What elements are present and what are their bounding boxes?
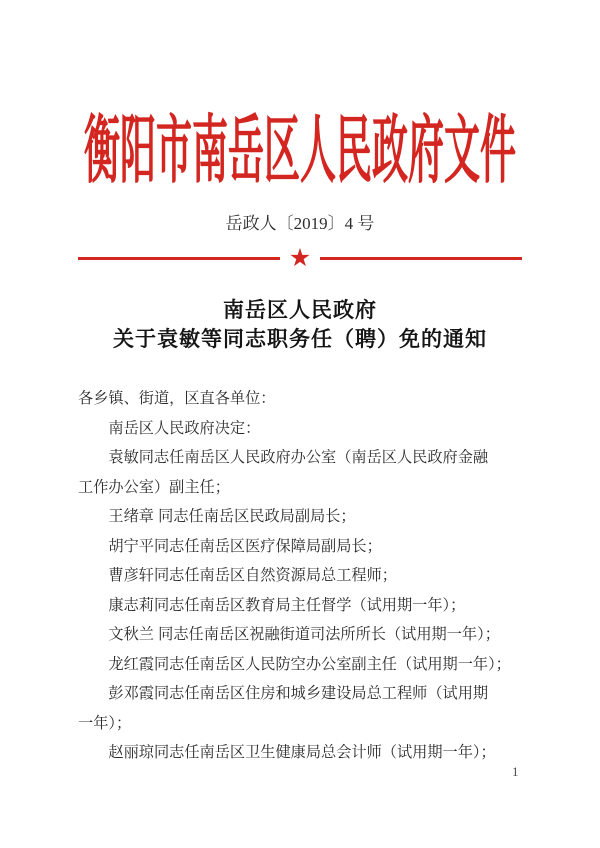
notice-paragraph: 龙红霞同志任南岳区人民防空办公室副主任（试用期一年）；	[78, 650, 526, 680]
letterhead: 衡阳市南岳区人民政府文件	[0, 129, 600, 173]
notice-paragraph: 曹彦轩同志任南岳区自然资源局总工程师；	[78, 561, 526, 591]
notice-paragraph: 文秋兰 同志任南岳区祝融街道司法所所长（试用期一年）；	[78, 620, 526, 650]
notice-paragraph: 赵丽琼同志任南岳区卫生健康局总会计师（试用期一年）；	[78, 738, 526, 768]
notice-paragraph: 袁敏同志任南岳区人民政府办公室（南岳区人民政府金融 工作办公室）副主任；	[78, 443, 526, 502]
notice-title: 南岳区人民政府 关于袁敏等同志职务任（聘）免的通知	[0, 296, 600, 354]
notice-body: 各乡镇、街道，区直各单位： 南岳区人民政府决定：袁敏同志任南岳区人民政府办公室（…	[78, 384, 526, 768]
notice-paragraph: 胡宁平同志任南岳区医疗保障局副局长；	[78, 532, 526, 562]
salutation: 各乡镇、街道，区直各单位：	[78, 384, 526, 414]
notice-paragraph: 南岳区人民政府决定：	[78, 414, 526, 444]
document-page: 衡阳市南岳区人民政府文件 岳政人〔2019〕4 号 ★ 南岳区人民政府 关于袁敏…	[0, 0, 600, 848]
page-number: 1	[512, 764, 519, 780]
paragraph-list: 南岳区人民政府决定：袁敏同志任南岳区人民政府办公室（南岳区人民政府金融 工作办公…	[78, 414, 526, 768]
rule-line-left	[78, 257, 280, 260]
red-divider-rule: ★	[78, 247, 522, 269]
document-number: 岳政人〔2019〕4 号	[0, 209, 600, 239]
notice-paragraph: 康志莉同志任南岳区教育局主任督学（试用期一年）；	[78, 591, 526, 621]
notice-paragraph: 彭邓霞同志任南岳区住房和城乡建设局总工程师（试用期 一年）；	[78, 679, 526, 738]
notice-paragraph: 王绪章 同志任南岳区民政局副局长；	[78, 502, 526, 532]
notice-title-line1: 南岳区人民政府	[0, 296, 600, 325]
notice-title-line2: 关于袁敏等同志职务任（聘）免的通知	[0, 325, 600, 354]
star-icon: ★	[289, 247, 311, 269]
rule-line-right	[320, 257, 522, 260]
red-header-title: 衡阳市南岳区人民政府文件	[84, 106, 516, 196]
